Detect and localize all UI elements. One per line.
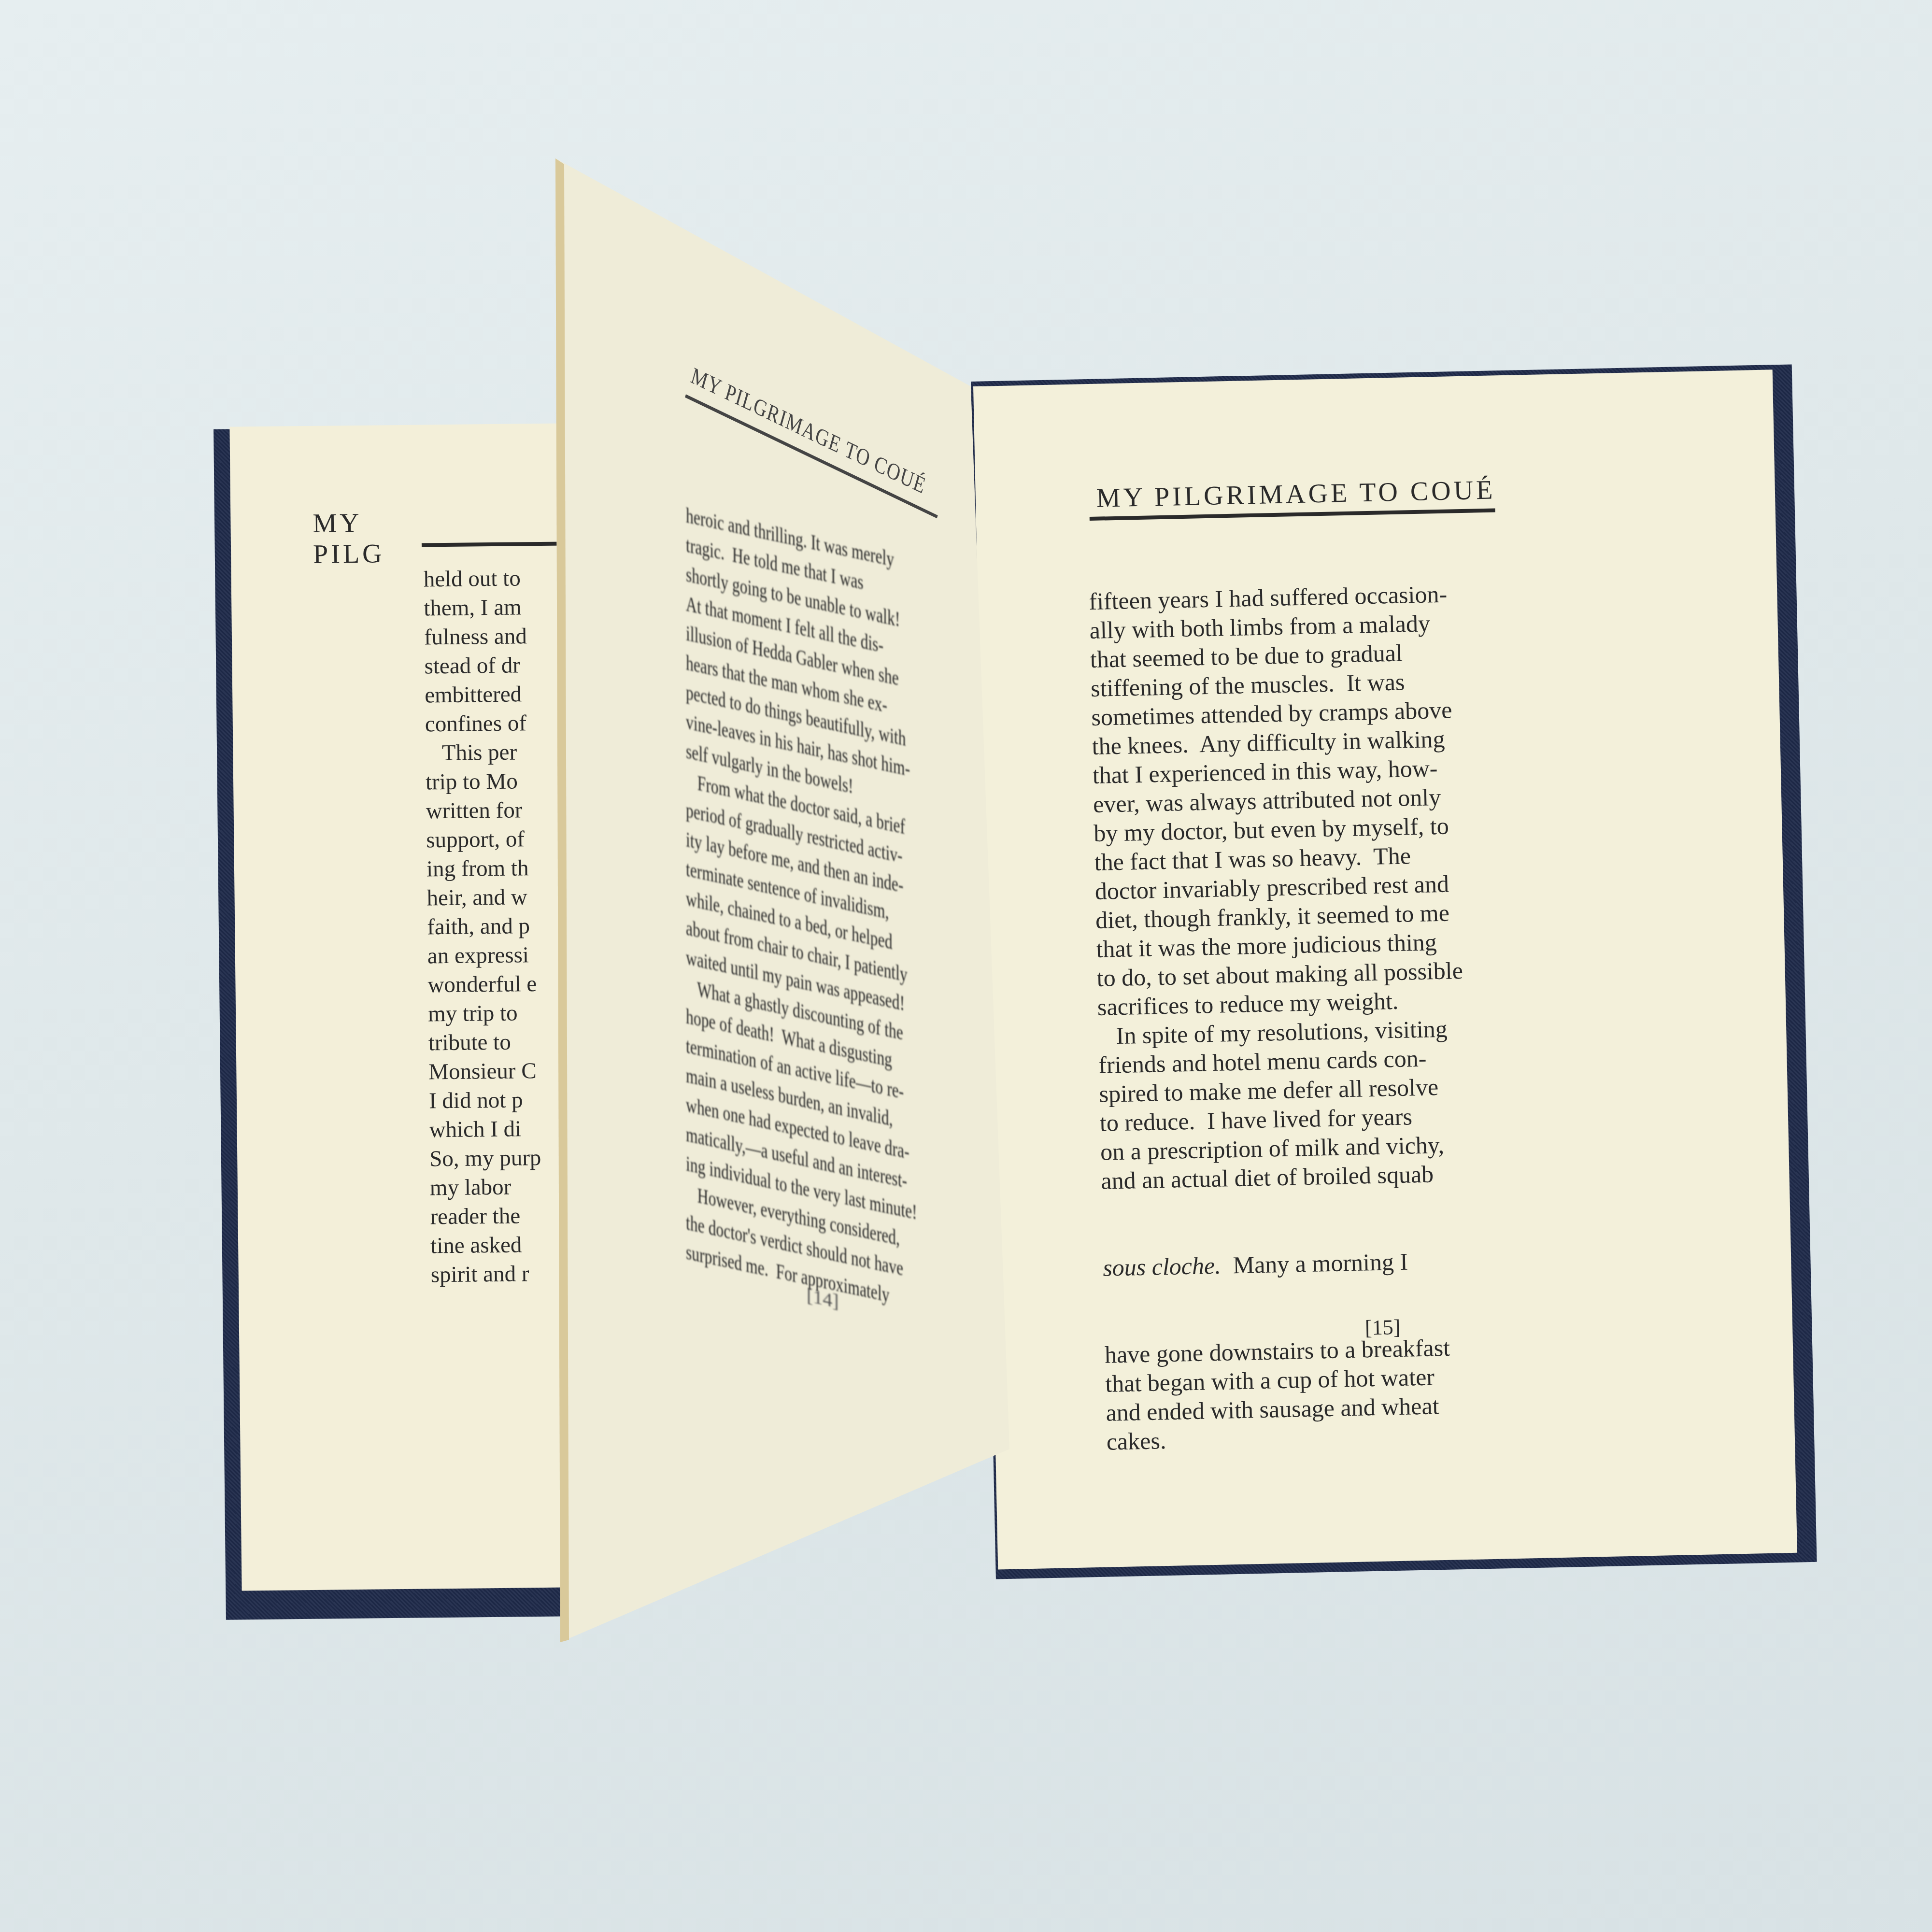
turning-page-body: heroic and thrilling. It was merelytragi…	[686, 441, 917, 1375]
turning-page[interactable]: MY PILGRIMAGE TO COUÉ heroic and thrilli…	[676, 357, 985, 1457]
